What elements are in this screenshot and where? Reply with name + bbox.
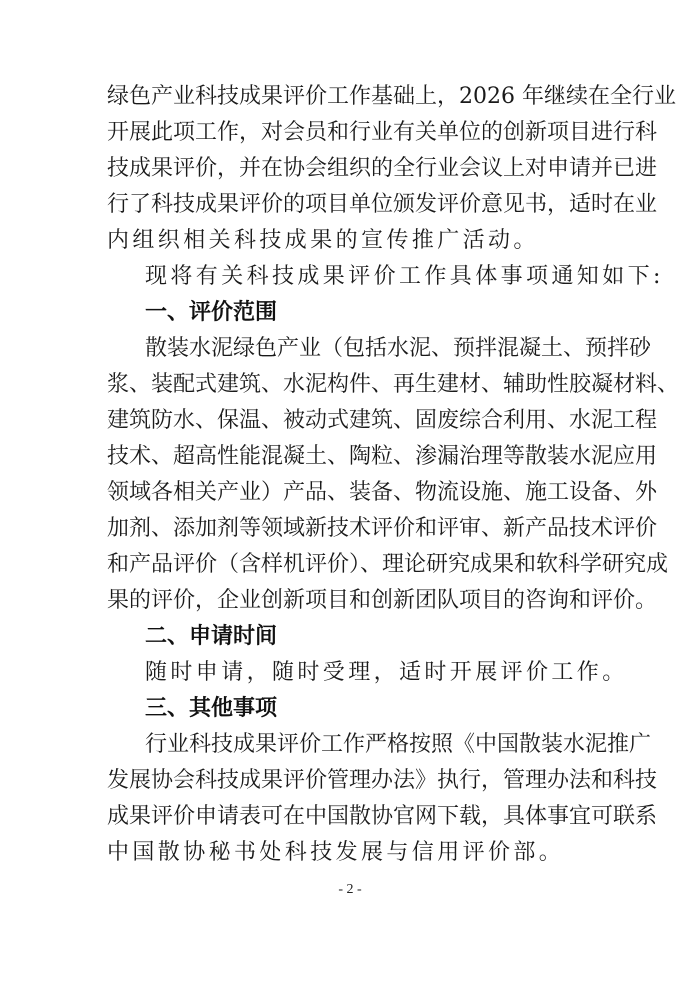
intro-line: 现将有关科技成果评价工作具体事项通知如下: <box>107 259 593 295</box>
section-heading-scope: 一、评价范围 <box>107 295 593 331</box>
body-line: 内组织相关科技成果的宣传推广活动。 <box>107 223 593 259</box>
body-line: 开展此项工作，对会员和行业有关单位的创新项目进行科 <box>107 115 593 151</box>
body-line: 散装水泥绿色产业（包括水泥、预拌混凝土、预拌砂 <box>107 331 593 367</box>
section-heading-other: 三、其他事项 <box>107 691 593 727</box>
body-line: 随时申请，随时受理，适时开展评价工作。 <box>107 655 593 691</box>
document-page: 绿色产业科技成果评价工作基础上，2026 年继续在全行业 开展此项工作，对会员和… <box>0 0 700 990</box>
body-line: 行业科技成果评价工作严格按照《中国散装水泥推广 <box>107 727 593 763</box>
section-heading-time: 二、申请时间 <box>107 619 593 655</box>
page-number: - 2 - <box>0 882 700 898</box>
body-line: 领域各相关产业）产品、装备、物流设施、施工设备、外 <box>107 475 593 511</box>
body-line: 发展协会科技成果评价管理办法》执行，管理办法和科技 <box>107 763 593 799</box>
body-line: 果的评价，企业创新项目和创新团队项目的咨询和评价。 <box>107 583 593 619</box>
body-line: 绿色产业科技成果评价工作基础上，2026 年继续在全行业 <box>107 79 593 115</box>
body-line: 成果评价申请表可在中国散协官网下载，具体事宜可联系 <box>107 799 593 835</box>
body-line: 技成果评价，并在协会组织的全行业会议上对申请并已进 <box>107 151 593 187</box>
body-line: 和产品评价（含样机评价）、理论研究成果和软科学研究成 <box>107 547 593 583</box>
body-line: 建筑防水、保温、被动式建筑、固废综合利用、水泥工程 <box>107 403 593 439</box>
body-line: 行了科技成果评价的项目单位颁发评价意见书，适时在业 <box>107 187 593 223</box>
body-line: 中国散协秘书处科技发展与信用评价部。 <box>107 835 593 871</box>
body-line: 加剂、添加剂等领域新技术评价和评审、新产品技术评价 <box>107 511 593 547</box>
document-body: 绿色产业科技成果评价工作基础上，2026 年继续在全行业 开展此项工作，对会员和… <box>107 79 593 871</box>
body-line: 浆、装配式建筑、水泥构件、再生建材、辅助性胶凝材料、 <box>107 367 593 403</box>
body-line: 技术、超高性能混凝土、陶粒、渗漏治理等散装水泥应用 <box>107 439 593 475</box>
